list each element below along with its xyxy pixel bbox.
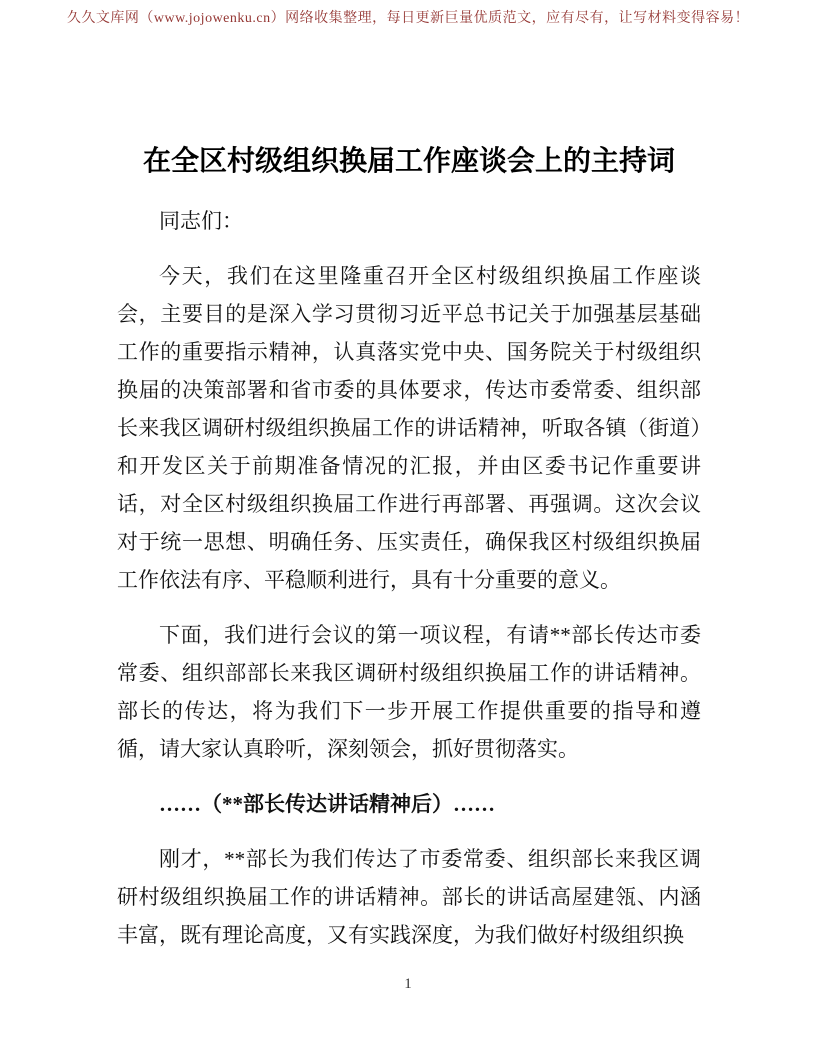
document-paragraph: 同志们：: [117, 202, 701, 240]
document-paragraph-stage-direction: ……（**部长传达讲话精神后）……: [117, 785, 701, 823]
document-title: 在全区村级组织换届工作座谈会上的主持词: [117, 140, 701, 184]
document-paragraph: 下面，我们进行会议的第一项议程，有请**部长传达市委常委、组织部部长来我区调研村…: [117, 616, 701, 768]
document-paragraph: 今天，我们在这里隆重召开全区村级组织换届工作座谈会，主要目的是深入学习贯彻习近平…: [117, 257, 701, 599]
site-watermark-notice: 久久文库网（www.jojowenku.cn）网络收集整理，每日更新巨量优质范文…: [0, 7, 816, 27]
document-paragraph: 刚才，**部长为我们传达了市委常委、组织部长来我区调研村级组织换届工作的讲话精神…: [117, 840, 701, 954]
page-number: 1: [0, 976, 816, 993]
document-page: 久久文库网（www.jojowenku.cn）网络收集整理，每日更新巨量优质范文…: [0, 0, 816, 1056]
document-body: 在全区村级组织换届工作座谈会上的主持词 同志们： 今天，我们在这里隆重召开全区村…: [117, 140, 701, 971]
